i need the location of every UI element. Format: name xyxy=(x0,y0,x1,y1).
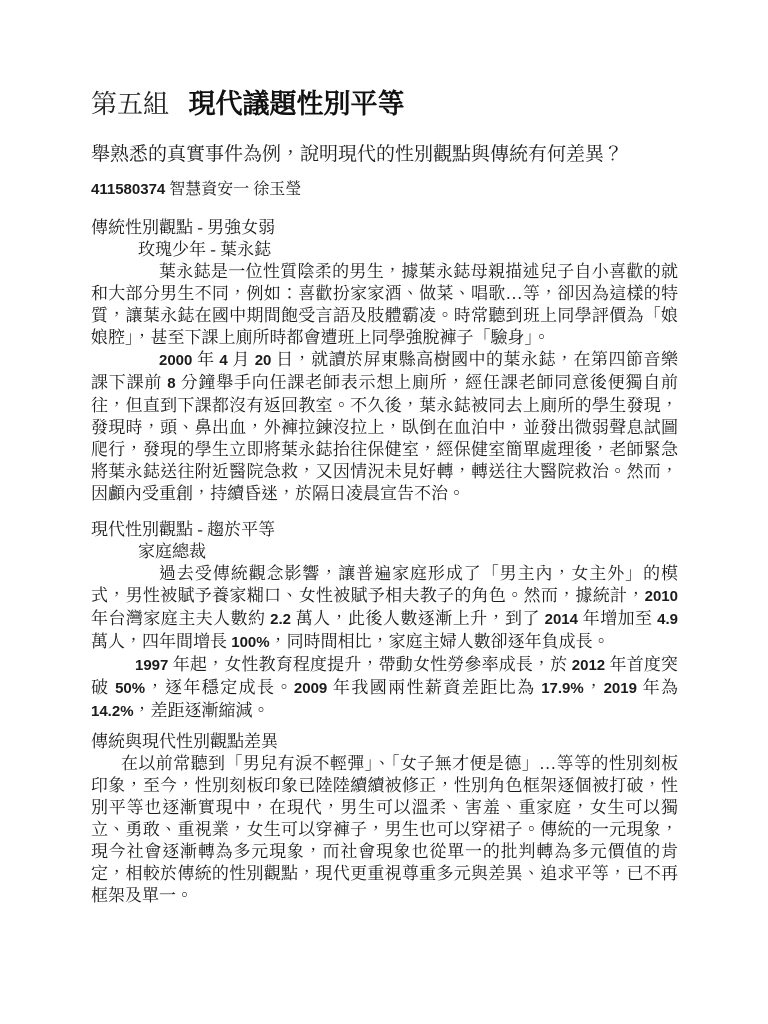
bold-numeric-run: 2009 xyxy=(294,680,327,697)
bold-numeric-run: 411580374 xyxy=(91,181,165,198)
text-run: ，逐年穩定成長。 xyxy=(145,678,294,697)
text-run: 智慧資安一 徐玉瑩 xyxy=(165,181,301,198)
section-heading: 傳統與現代性別觀點差異 xyxy=(91,731,678,753)
section-heading: 傳統性別觀點 - 男強女弱 xyxy=(91,217,678,239)
section-subheading: 家庭總裁 xyxy=(91,541,678,563)
text-run: 過去受傳統觀念影響，讓普遍家庭形成了「男主內，女主外」的模式，男性被賦予養家糊口… xyxy=(91,564,678,605)
text-run: ，同時間相比，家庭主婦人數卻逐年負成長。 xyxy=(270,632,610,651)
bold-numeric-run: 8 xyxy=(167,375,175,392)
bold-numeric-run: 14.2% xyxy=(91,703,134,720)
text-run: 月 xyxy=(228,350,255,369)
text-run: ， xyxy=(584,678,604,697)
paragraph: 在以前常聽到「男兒有淚不輕彈」、「女子無才便是德」…等等的性別刻板印象，至今，性… xyxy=(91,753,678,907)
document-viewer-canvas: { "page": { "background_color": "#ffffff… xyxy=(0,0,768,1024)
bold-numeric-run: 1997 xyxy=(135,657,168,674)
paragraph: 2000 年 4 月 20 日，就讀於屏東縣高樹國中的葉永鋕，在第四節音樂課下課… xyxy=(91,349,678,505)
bold-numeric-run: 2012 xyxy=(572,657,605,674)
section-subheading: 玫瑰少年 - 葉永鋕 xyxy=(91,239,678,261)
text-run: 年為 xyxy=(637,678,678,697)
paragraph: 1997 年起，女性教育程度提升，帶動女性勞參率成長，於 2012 年首度突破 … xyxy=(91,654,678,723)
section-heading: 現代性別觀點 - 趨於平等 xyxy=(91,519,678,541)
document-title: 第五組 現代議題性別平等 xyxy=(91,86,678,123)
text-run: 年我國兩性薪資差距比為 xyxy=(327,678,541,697)
group-number-label: 第五組 xyxy=(91,90,169,119)
paragraph: 過去受傳統觀念影響，讓普遍家庭形成了「男主內，女主外」的模式，男性被賦予養家糊口… xyxy=(91,563,678,654)
section-modern-view: 現代性別觀點 - 趨於平等 家庭總裁 過去受傳統觀念影響，讓普遍家庭形成了「男主… xyxy=(91,519,678,723)
text-run: 年 xyxy=(192,350,219,369)
bold-numeric-run: 100% xyxy=(231,634,269,651)
document-page: 第五組 現代議題性別平等 舉熟悉的真實事件為例，說明現代的性別觀點與傳統有何差異… xyxy=(0,0,768,1024)
bold-numeric-run: 2000 xyxy=(159,352,192,369)
bold-numeric-run: 17.9% xyxy=(541,680,584,697)
bold-numeric-run: 2019 xyxy=(604,680,637,697)
text-run: 分鐘舉手向任課老師表示想上廁所，經任課老師同意後便獨自前往，但直到下課都沒有返回… xyxy=(91,373,678,503)
bold-numeric-run: 2010 xyxy=(645,588,678,605)
section-traditional-view: 傳統性別觀點 - 男強女弱 玫瑰少年 - 葉永鋕 葉永鋕是一位性質陰柔的男生，據… xyxy=(91,217,678,505)
text-run: 萬人，此後人數逐漸上升，到了 xyxy=(291,609,545,628)
text-run: 在以前常聽到「男兒有淚不輕彈」、「女子無才便是德」…等等的性別刻板印象，至今，性… xyxy=(91,754,678,905)
text-run: 年台灣家庭主夫人數約 xyxy=(91,609,270,628)
title-text: 現代議題性別平等 xyxy=(189,89,405,119)
paragraph: 葉永鋕是一位性質陰柔的男生，據葉永鋕母親描述兒子自小喜歡的就和大部分男生不同，例… xyxy=(91,261,678,349)
bold-numeric-run: 20 xyxy=(255,352,272,369)
assignment-prompt: 舉熟悉的真實事件為例，說明現代的性別觀點與傳統有何差異？ xyxy=(91,141,678,169)
text-run: ，差距逐漸縮減。 xyxy=(134,701,270,720)
bold-numeric-run: 50% xyxy=(115,680,145,697)
text-run: 葉永鋕是一位性質陰柔的男生，據葉永鋕母親描述兒子自小喜歡的就和大部分男生不同，例… xyxy=(91,262,678,347)
text-run: 年起，女性教育程度提升，帶動女性勞參率成長，於 xyxy=(168,655,571,674)
bold-numeric-run: 4 xyxy=(219,352,227,369)
section-differences: 傳統與現代性別觀點差異 在以前常聽到「男兒有淚不輕彈」、「女子無才便是德」…等等… xyxy=(91,731,678,907)
text-run: 年增加至 xyxy=(578,609,657,628)
text-run: 萬人，四年間增長 xyxy=(91,632,231,651)
bold-numeric-run: 2.2 xyxy=(270,611,291,628)
bold-numeric-run: 2014 xyxy=(545,611,578,628)
bold-numeric-run: 4.9 xyxy=(657,611,678,628)
author-byline: 411580374 智慧資安一 徐玉瑩 xyxy=(91,179,678,201)
